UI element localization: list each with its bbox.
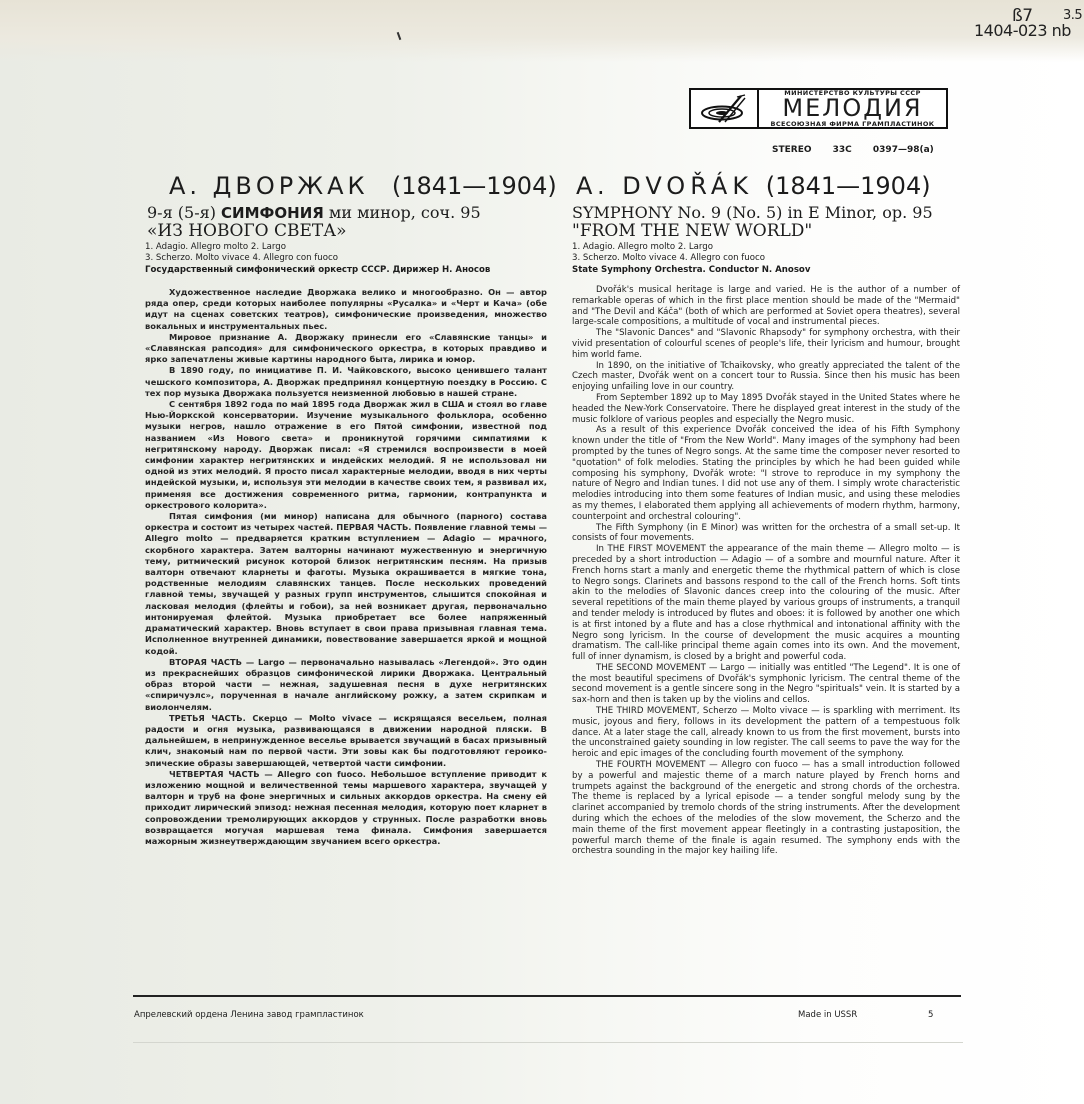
work-subtitle-en: "FROM THE NEW WORLD" bbox=[572, 222, 960, 240]
work-title-ru: 9-я (5-я) СИМФОНИЯ ми минор, соч. 95 bbox=[147, 204, 547, 222]
logo-wordmark: МИНИСТЕРСТВО КУЛЬТУРЫ СССР МЕЛОДИЯ ВСЕСО… bbox=[759, 90, 946, 127]
paragraph: The Fifth Symphony (in E Minor) was writ… bbox=[572, 523, 960, 545]
paragraph: В 1890 году, по инициативе П. И. Чайковс… bbox=[145, 365, 547, 399]
composer-heading-en: A. DVOŘÁK (1841—1904) bbox=[576, 172, 960, 200]
sleeve-crease bbox=[133, 1042, 963, 1043]
paragraph: Пятая симфония (ми минор) написана для о… bbox=[145, 511, 547, 657]
catalog-info: STEREO 33С 0397—98(а) bbox=[772, 145, 934, 155]
paragraph: THE THIRD MOVEMENT, Scherzo — Molto viva… bbox=[572, 706, 960, 760]
paragraph: In 1890, on the initiative of Tchaikovsk… bbox=[572, 361, 960, 393]
work-title-en: SYMPHONY No. 9 (No. 5) in E Minor, op. 9… bbox=[572, 204, 960, 222]
russian-column: А. ДВОРЖАК (1841—1904) 9-я (5-я) СИМФОНИ… bbox=[145, 172, 547, 847]
paragraph: From September 1892 up to May 1895 Dvořá… bbox=[572, 393, 960, 425]
melodiya-record-emblem-icon bbox=[691, 90, 759, 127]
paragraph: The "Slavonic Dances" and "Slavonic Rhap… bbox=[572, 328, 960, 360]
paragraph: С сентября 1892 года по май 1895 года Дв… bbox=[145, 399, 547, 511]
melodiya-logo: МИНИСТЕРСТВО КУЛЬТУРЫ СССР МЕЛОДИЯ ВСЕСО… bbox=[689, 88, 948, 129]
work-subtitle-ru: «ИЗ НОВОГО СВЕТА» bbox=[147, 222, 547, 240]
manufacturer-credit: Апрелевский ордена Ленина завод грамплас… bbox=[134, 1010, 364, 1020]
english-column: A. DVOŘÁK (1841—1904) SYMPHONY No. 9 (No… bbox=[572, 172, 960, 857]
paragraph: THE SECOND MOVEMENT — Largo — initially … bbox=[572, 663, 960, 706]
paragraph: ЧЕТВЕРТАЯ ЧАСТЬ — Allegro con fuoco. Неб… bbox=[145, 769, 547, 847]
paragraph: Художественное наследие Дворжака велико … bbox=[145, 287, 547, 332]
paragraph: ВТОРАЯ ЧАСТЬ — Largo — первоначально наз… bbox=[145, 657, 547, 713]
liner-notes-en: Dvořák's musical heritage is large and v… bbox=[572, 285, 960, 857]
orchestra-credit-en: State Symphony Orchestra. Conductor N. A… bbox=[572, 265, 960, 276]
paragraph: THE FOURTH MOVEMENT — Allegro con fuoco … bbox=[572, 760, 960, 857]
logo-brand: МЕЛОДИЯ bbox=[782, 96, 922, 120]
handwritten-inventory-number: 1404-023 nb bbox=[974, 21, 1071, 40]
movements-en: 1. Adagio. Allegro molto 2. Largo 3. Sch… bbox=[572, 242, 960, 264]
stereo-label: STEREO bbox=[772, 145, 812, 155]
made-in-label: Made in USSR bbox=[798, 1010, 857, 1020]
footer-divider bbox=[133, 995, 961, 997]
liner-notes-ru: Художественное наследие Дворжака велико … bbox=[145, 287, 547, 847]
logo-firm: ВСЕСОЮЗНАЯ ФИРМА ГРАМПЛАСТИНОК bbox=[770, 121, 934, 128]
page-number: 5 bbox=[928, 1010, 933, 1020]
composer-heading-ru: А. ДВОРЖАК (1841—1904) bbox=[169, 172, 547, 200]
orchestra-credit-ru: Государственный симфонический оркестр СС… bbox=[145, 265, 547, 276]
catalog-number: 33С 0397—98(а) bbox=[833, 145, 934, 155]
movements-ru: 1. Adagio. Allegro molto 2. Largo 3. Sch… bbox=[145, 242, 547, 264]
sleeve-top-wear bbox=[0, 0, 1084, 62]
paragraph: Мировое признание А. Дворжаку принесли е… bbox=[145, 332, 547, 366]
paragraph: ТРЕТЬЯ ЧАСТЬ. Скерцо — Molto vivace — ис… bbox=[145, 713, 547, 769]
paragraph: In THE FIRST MOVEMENT the appearance of … bbox=[572, 544, 960, 663]
paragraph: As a result of this experience Dvořák co… bbox=[572, 425, 960, 522]
paragraph: Dvořák's musical heritage is large and v… bbox=[572, 285, 960, 328]
